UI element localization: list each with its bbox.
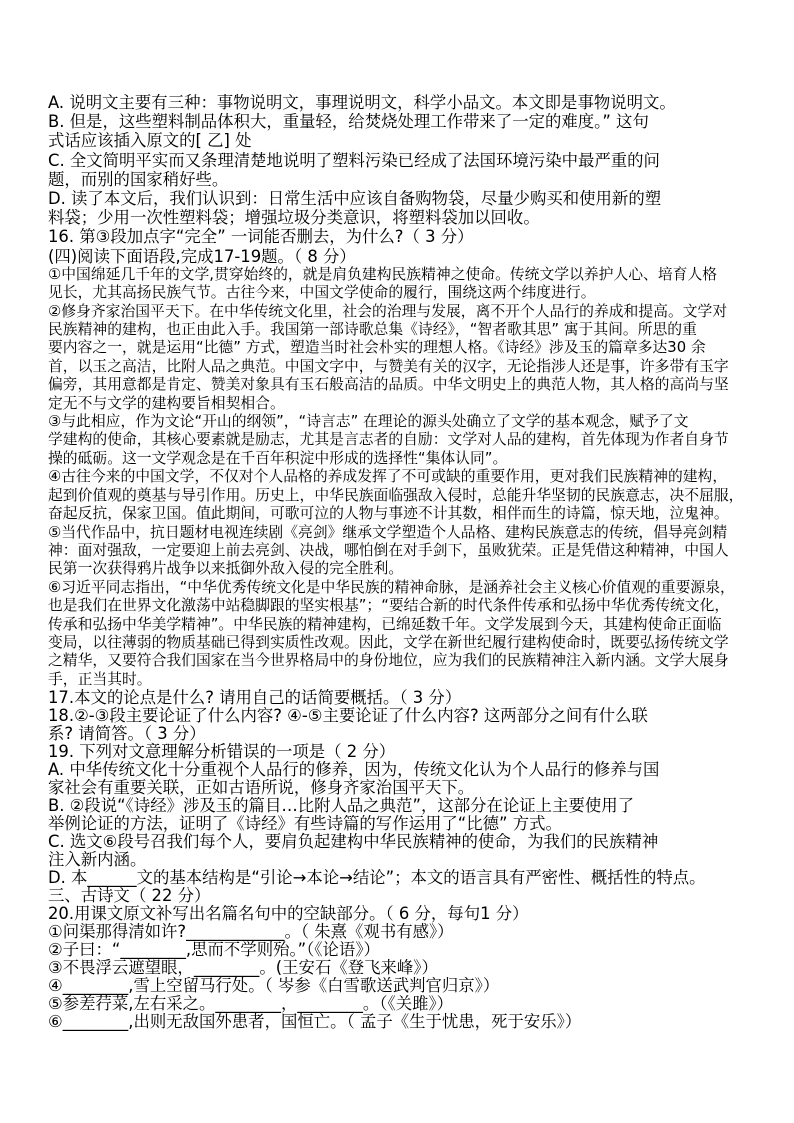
passage-line: 传承和弘扬中华美学精神”。中华民族的精神建构，已绵延数千年。文学发展到今天，其建… [48,616,754,634]
option-b-continuation-line: 式话应该插入原文的[ 乙] 处 [48,131,754,150]
passage-line: ③与此相应，作为文论“开山的纲领”，“诗言志” 在理论的源头处确立了文学的基本观… [48,413,754,431]
passage-line: 要内容之一，就是运用“比德” 方式，塑造当时社会朴实的理想人格。《诗经》涉及玉的… [48,339,754,357]
option-c-line: C. 全文简明平实而又条理清楚地说明了塑料污染已经成了法国环境污染中最严重的问 [48,151,754,170]
passage-line: 起到价值观的奠基与导引作用。历史上，中华民族面临强敌入侵时，总能升华坚韧的民族意… [48,487,754,505]
section-four-header-line: (四)阅读下面语段,完成17-19题。（ 8 分） [48,247,754,266]
exam-page: A. 说明文主要有三种：事物说明文，事理说明文，科学小品文。本文即是事物说明文。… [0,0,794,1123]
blank-item-5-line: ⑤参差荇菜,左右采之。________，________。（《关雎》） [48,995,754,1013]
blank-item-6-line: ⑥________,出则无敌国外患者，国恒亡。（ 孟子《生于忧患，死于安乐》） [48,1013,754,1031]
passage-line: ①中国绵延几千年的文学,贯穿始终的，就是肩负建构民族精神之使命。传统文学以养护人… [48,266,754,284]
blank-item-3-line: ③不畏浮云遮望眼，________。(王安石《登飞来峰》） [48,959,754,977]
passage-line: 操的砥砺。这一文学观念是在千百年积淀中形成的选择性“集体认同”。 [48,450,754,468]
option-d-line: D. 读了本文后，我们认识到：日常生活中应该自备购物袋，尽量少购买和使用新的塑 [48,189,754,208]
blank-item-1-line: ①问渠那得清如许?____________。（ 朱熹《观书有感》） [48,923,754,941]
question-19-line: 19. 下列对文意理解分析错误的一项是（ 2 分） [48,743,754,761]
option-c-line: C. 选文⑥段号召我们每个人，要肩负起建构中华民族精神的使命，为我们的民族精神 [48,833,754,851]
passage-line: 神：面对强敌，一定要迎上前去亮剑、决战，哪怕倒在对手剑下，虽败犹荣。正是凭借这种… [48,542,754,560]
passage-line: 也是我们在世界文化激荡中站稳脚跟的坚实根基”；“要结合新的时代条件传承和弘扬中华… [48,597,754,615]
passage-line: 奋起反抗，保家卫国。值此期间，可歌可泣的人物与事迹不计其数，相伴而生的诗篇，惊天… [48,505,754,523]
blank-item-2-line: ②子曰：“________,思而不学则殆。”（《论语》） [48,941,754,959]
passage-line: 偏旁，其用意都是肯定、赞美对象具有玉石般高洁的品质。中华文明史上的典范人物，其人… [48,376,754,394]
option-d-line: D. 本______文的基本结构是“引论→本论→结论”；本文的语言具有严密性、概… [48,869,754,887]
questions-17-20-block: 17.本文的论点是什么? 请用自己的话简要概括。（ 3 分） 18.②-③段主要… [48,689,754,1031]
passage-line: ⑤当代作品中，抗日题材电视连续剧《亮剑》继承文学塑造个人品格、建构民族意志的传统… [48,524,754,542]
option-d-continuation-line: 料袋；少用一次性塑料袋；增强垃圾分类意识，将塑料袋加以回收。 [48,208,754,227]
options-and-question16-block: A. 说明文主要有三种：事物说明文，事理说明文，科学小品文。本文即是事物说明文。… [48,93,754,266]
passage-line: 民第一次获得鸦片战争以来抵御外敌入侵的完全胜利。 [48,560,754,578]
question-17-line: 17.本文的论点是什么? 请用自己的话简要概括。（ 3 分） [48,689,754,707]
question-18-continuation-line: 系? 请简答。（ 3 分） [48,725,754,743]
option-a-line: A. 中华传统文化十分重视个人品行的修养，因为，传统文化认为个人品行的修养与国 [48,761,754,779]
passage-line: 手，正当其时。 [48,671,754,689]
option-a-line: A. 说明文主要有三种：事物说明文，事理说明文，科学小品文。本文即是事物说明文。 [48,93,754,112]
passage-line: 变局，以往薄弱的物质基础已得到实质性改观。因此，文学在新世纪履行建构使命时，既要… [48,634,754,652]
blank-item-4-line: ④________,雪上空留马行处。（ 岑参《白雪歌送武判官归京》） [48,977,754,995]
option-a-continuation-line: 家社会有重要关联，正如古语所说，修身齐家治国平天下。 [48,779,754,797]
option-c-continuation-line: 题，而别的国家稍好些。 [48,170,754,189]
question-16-line: 16. 第③段加点字“完全” 一词能否删去，为什么?（ 3 分） [48,227,754,246]
passage-line: ②修身齐家治国平天下。在中华传统文化里，社会的治理与发展，离不开个人品行的养成和… [48,303,754,321]
section-three-header-line: 三、古诗文（ 22 分） [48,887,754,905]
passage-line: 定无不与文学的建构要旨相契相合。 [48,395,754,413]
passage-line: ④古往今来的中国文学，不仅对个人品格的养成发挥了不可或缺的重要作用，更对我们民族… [48,468,754,486]
reading-passage-block: ①中国绵延几千年的文学,贯穿始终的，就是肩负建构民族精神之使命。传统文学以养护人… [48,266,754,689]
passage-line: 首，以玉之高洁，比附人品之典范。中国文字中，与赞美有关的汉字，无论指涉人还是事，… [48,358,754,376]
option-b-line: B. 但是，这些塑料制品体积大，重量轻，给焚烧处理工作带来了一定的难度。” 这句 [48,112,754,131]
passage-line: 学建构的使命，其核心要素就是励志，尤其是言志者的自励：文学对人品的建构，首先体现… [48,431,754,449]
question-18-line: 18.②-③段主要论证了什么内容? ④-⑤主要论证了什么内容? 这两部分之间有什… [48,707,754,725]
passage-line: 之精华，又要符合我们国家在当今世界格局中的身份地位，应为我们的民族精神注入新内涵… [48,652,754,670]
option-b-line: B. ②段说“《诗经》涉及玉的篇目…比附人品之典范”，这部分在论证上主要使用了 [48,797,754,815]
passage-line: 民族精神的建构，也正由此入手。我国第一部诗歌总集《诗经》，“智者歌其思” 寓于其… [48,321,754,339]
passage-line: 见长，尤其高扬民族气节。古往今来，中国文学使命的履行，围绕这两个纬度进行。 [48,284,754,302]
option-b-continuation-line: 举例论证的方法，证明了《诗经》有些诗篇的写作运用了“比德” 方式。 [48,815,754,833]
question-20-line: 20.用课文原文补写出名篇名句中的空缺部分。（ 6 分，每句1 分） [48,905,754,923]
passage-line: ⑥习近平同志指出，“中华优秀传统文化是中华民族的精神命脉，是涵养社会主义核心价值… [48,579,754,597]
option-c-continuation-line: 注入新内涵。 [48,851,754,869]
